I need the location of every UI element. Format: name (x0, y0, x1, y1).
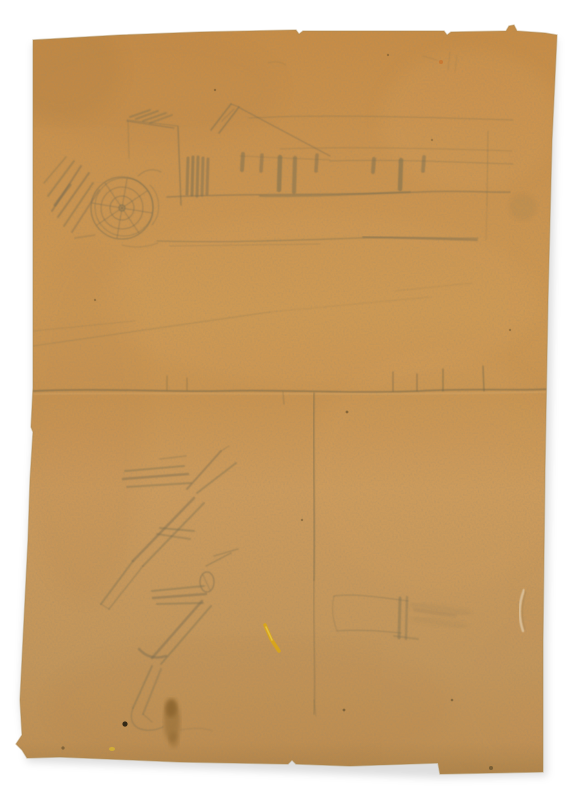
paper-grain-texture (0, 0, 584, 800)
right-smudge (509, 194, 537, 220)
black-speck (122, 721, 127, 726)
paper-sheet (0, 0, 584, 800)
photographed-sketch-sheet (0, 0, 584, 800)
artwork-canvas (0, 0, 584, 800)
